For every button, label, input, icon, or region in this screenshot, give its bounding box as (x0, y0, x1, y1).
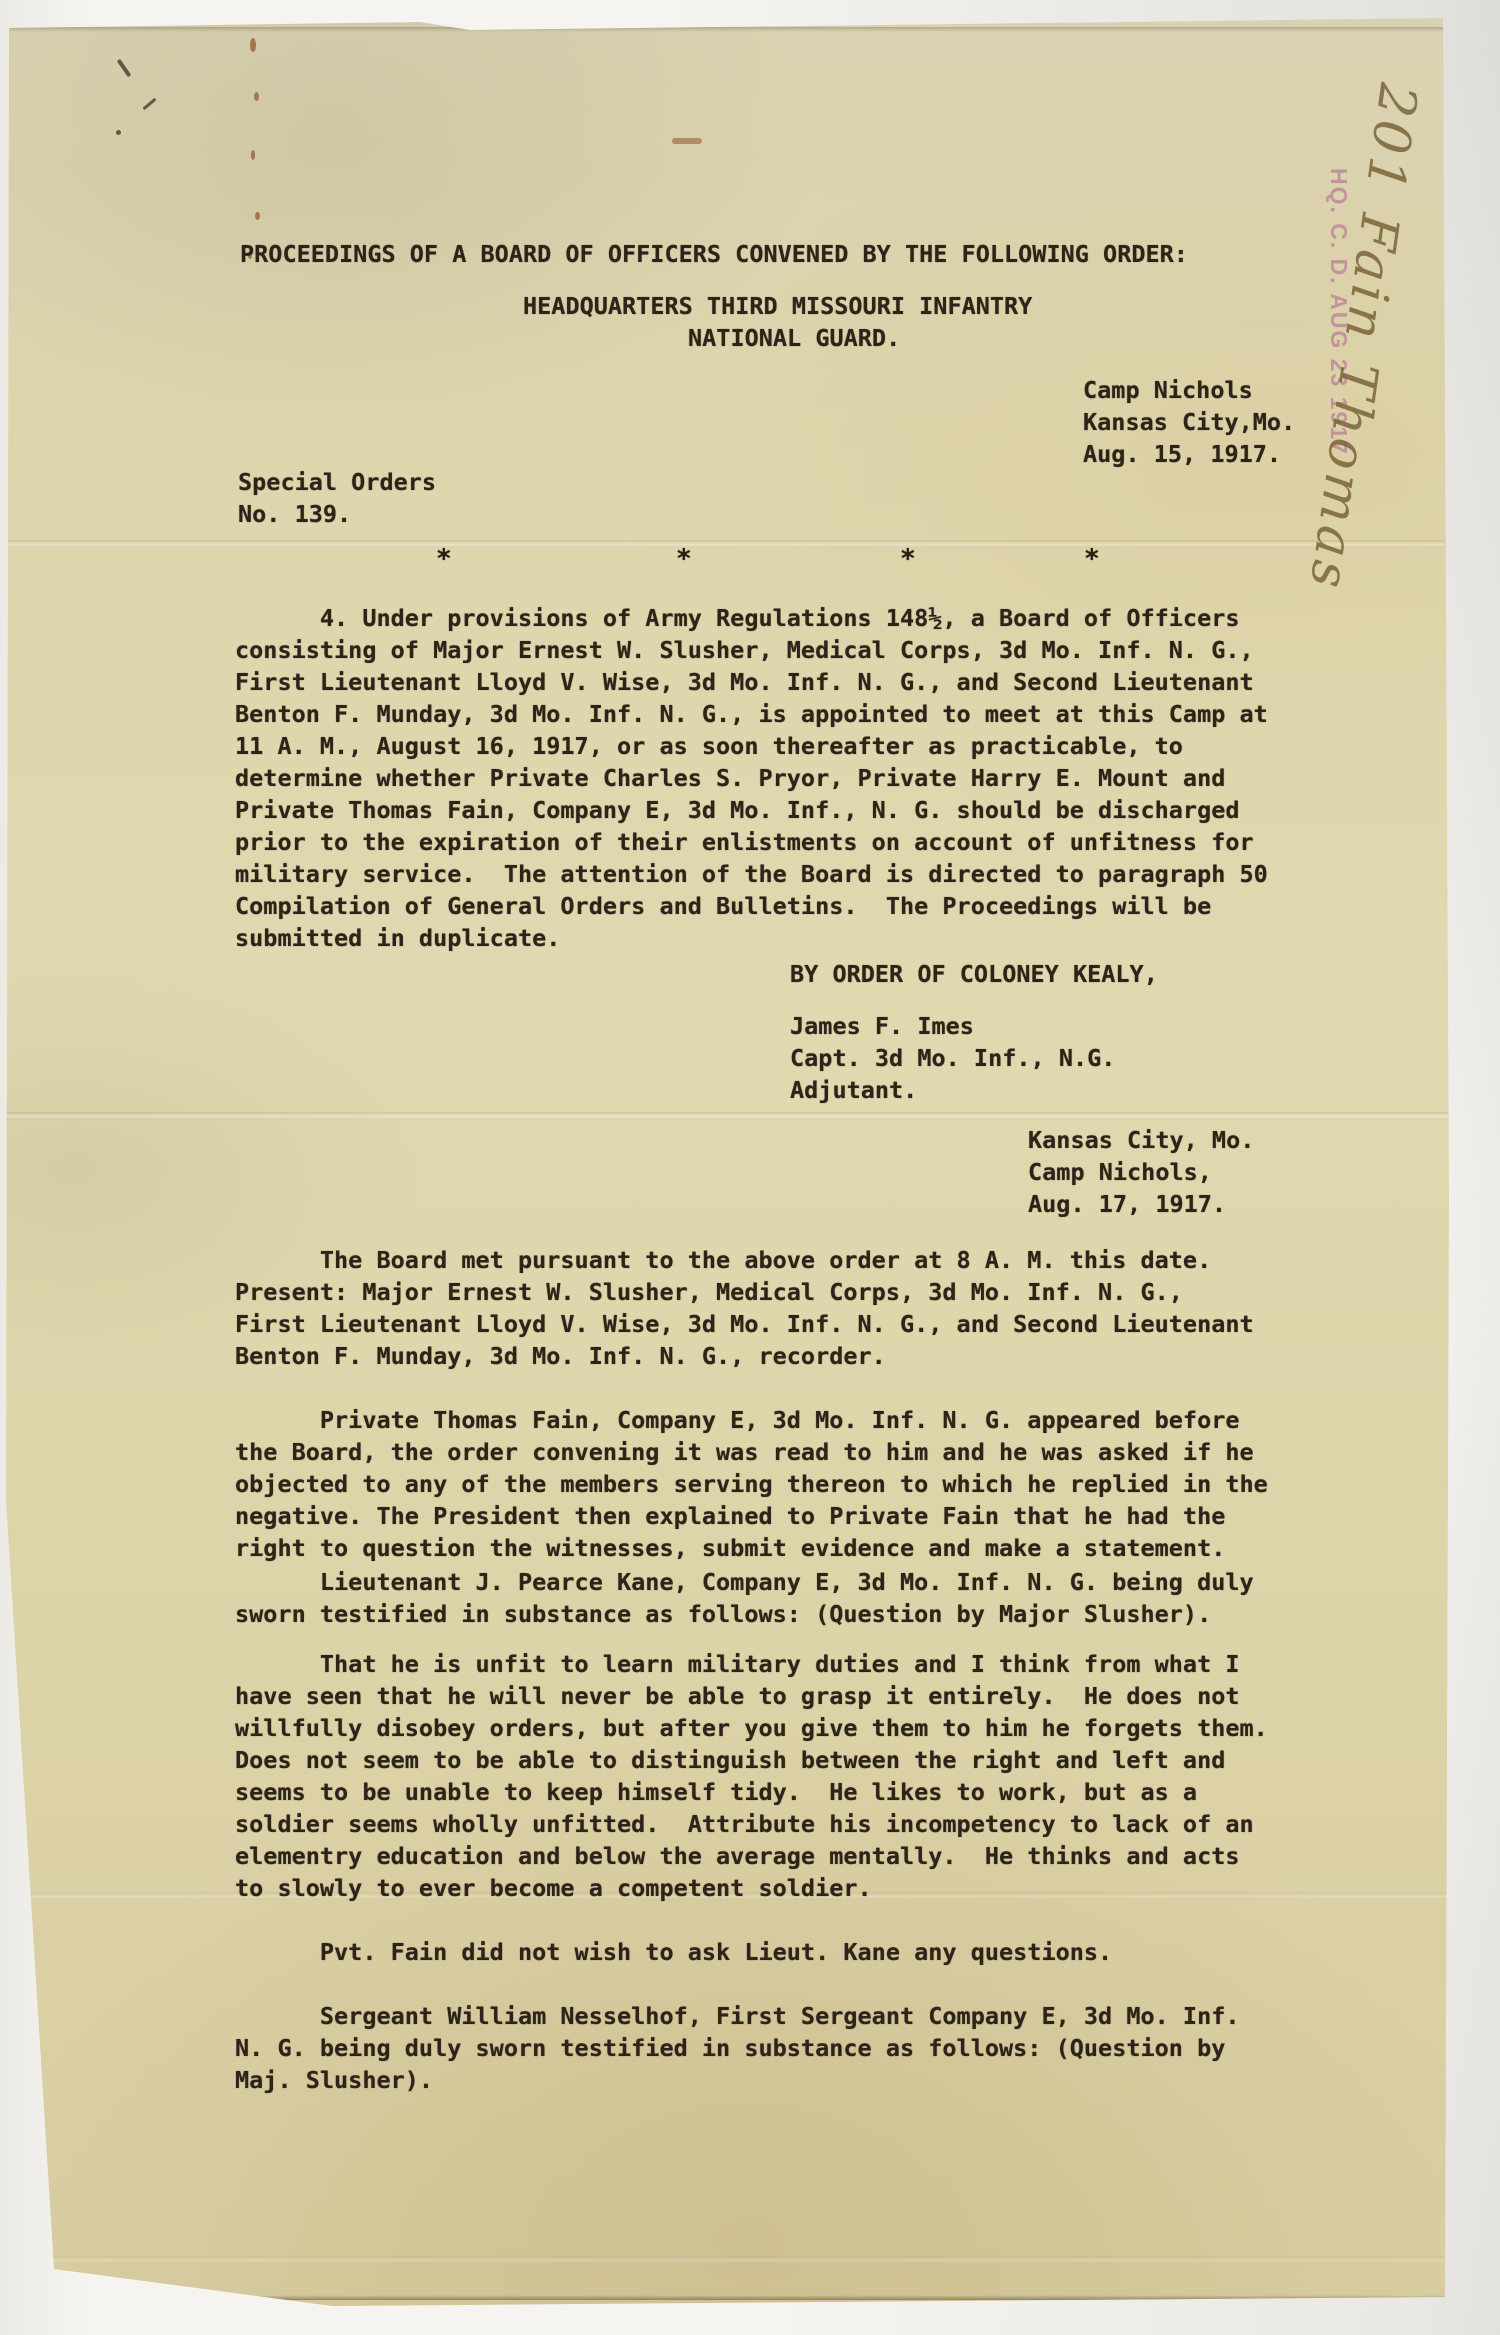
stain-mark (142, 98, 156, 111)
national-guard-line: NATIONAL GUARD. (688, 322, 900, 354)
rust-spot (250, 38, 256, 52)
asterisk-separator: * * * * (0, 544, 1500, 578)
asterisk-item: * (676, 544, 692, 574)
special-orders-label: Special Orders (238, 466, 436, 498)
pvt-fain-line: Pvt. Fain did not wish to ask Lieut. Kan… (235, 1936, 1112, 1968)
headquarters-line: HEADQUARTERS THIRD MISSOURI INFANTRY (523, 290, 1032, 322)
asterisk-item: * (436, 544, 452, 574)
signature-rank: Capt. 3d Mo. Inf., N.G. (790, 1042, 1115, 1074)
fold-crease (0, 2256, 1500, 2264)
rust-spot (672, 138, 702, 144)
rust-spot (251, 150, 255, 160)
rust-spot (254, 92, 259, 101)
kane-testimony-intro: Lieutenant J. Pearce Kane, Company E, 3d… (235, 1566, 1254, 1630)
special-orders-number: No. 139. (238, 498, 351, 530)
rust-spot (255, 212, 260, 220)
board-met-paragraph: The Board met pursuant to the above orde… (235, 1244, 1254, 1372)
kane-testimony-body: That he is unfit to learn military dutie… (235, 1648, 1268, 1904)
signature-name: James F. Imes (790, 1010, 974, 1042)
fold-crease (0, 1112, 1500, 1120)
kc-city-line: Kansas City, Mo. (1028, 1124, 1254, 1156)
kc-date-line: Aug. 17, 1917. (1028, 1188, 1226, 1220)
fain-appeared-paragraph: Private Thomas Fain, Company E, 3d Mo. I… (235, 1404, 1268, 1564)
asterisk-item: * (900, 544, 916, 574)
bottom-edge-shadow (0, 2295, 1500, 2300)
by-order-line: BY ORDER OF COLONEY KEALY, (790, 958, 1158, 990)
camp-place-line: Camp Nichols (1083, 374, 1253, 406)
signature-title: Adjutant. (790, 1074, 917, 1106)
camp-date-line: Aug. 15, 1917. (1083, 438, 1281, 470)
camp-city-line: Kansas City,Mo. (1083, 406, 1295, 438)
kc-camp-line: Camp Nichols, (1028, 1156, 1212, 1188)
stain-mark (117, 59, 132, 78)
top-edge-shadow (0, 27, 1500, 32)
nesselhof-paragraph: Sergeant William Nesselhof, First Sergea… (235, 2000, 1240, 2096)
proceedings-title: PROCEEDINGS OF A BOARD OF OFFICERS CONVE… (240, 238, 1188, 270)
scan-background: PROCEEDINGS OF A BOARD OF OFFICERS CONVE… (0, 0, 1500, 2335)
order-paragraph: 4. Under provisions of Army Regulations … (235, 602, 1268, 954)
asterisk-item: * (1084, 544, 1100, 574)
stain-mark (116, 130, 121, 135)
document-page: PROCEEDINGS OF A BOARD OF OFFICERS CONVE… (0, 0, 1500, 2335)
